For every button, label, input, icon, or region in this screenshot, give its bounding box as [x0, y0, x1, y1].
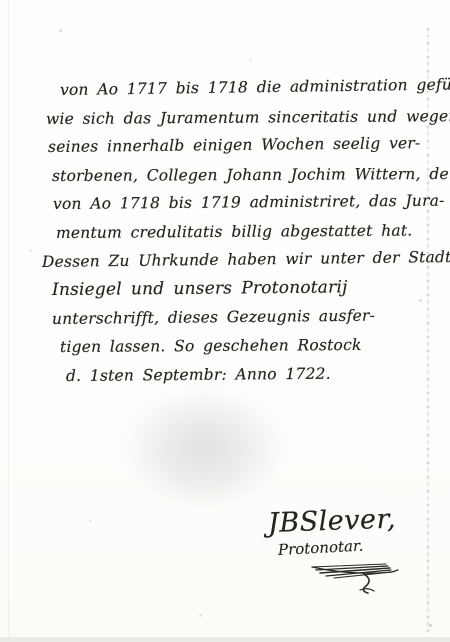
manuscript-line: von Ao 1718 bis 1719 administriret, das …: [53, 187, 440, 219]
manuscript-line: von Ao 1717 bis 1718 die administration …: [60, 71, 440, 105]
scan-edge-bottom: [0, 637, 450, 642]
manuscript-line: wie sich das Juramentum sinceritatis und…: [46, 102, 440, 133]
manuscript-line: unterschrifft, dieses Gezeugnis ausfer-: [52, 301, 440, 334]
scan-edge-left: [8, 0, 9, 642]
signature-flourish-icon: [308, 560, 404, 594]
manuscript-line: seines innerhalb einigen Wochen seelig v…: [48, 129, 440, 162]
manuscript-page: von Ao 1717 bis 1718 die administration …: [0, 0, 450, 642]
signature-block: JBSlever, Protonotar.: [268, 508, 433, 598]
manuscript-line: Insiegel und unsers Protonotarij: [52, 273, 440, 305]
paper-stain: [126, 390, 282, 508]
manuscript-line: Dessen Zu Uhrkunde haben wir unter der S…: [42, 243, 440, 276]
manuscript-line: d. 1sten Septembr: Anno 1722.: [66, 359, 440, 391]
manuscript-line: storbenen, Collegen Johann Jochim Witter…: [52, 160, 440, 191]
manuscript-line: tigen lassen. So geschehen Rostock: [60, 331, 440, 362]
paper-speckles: [0, 0, 1, 1]
manuscript-text-block: von Ao 1717 bis 1718 die administration …: [38, 76, 440, 391]
